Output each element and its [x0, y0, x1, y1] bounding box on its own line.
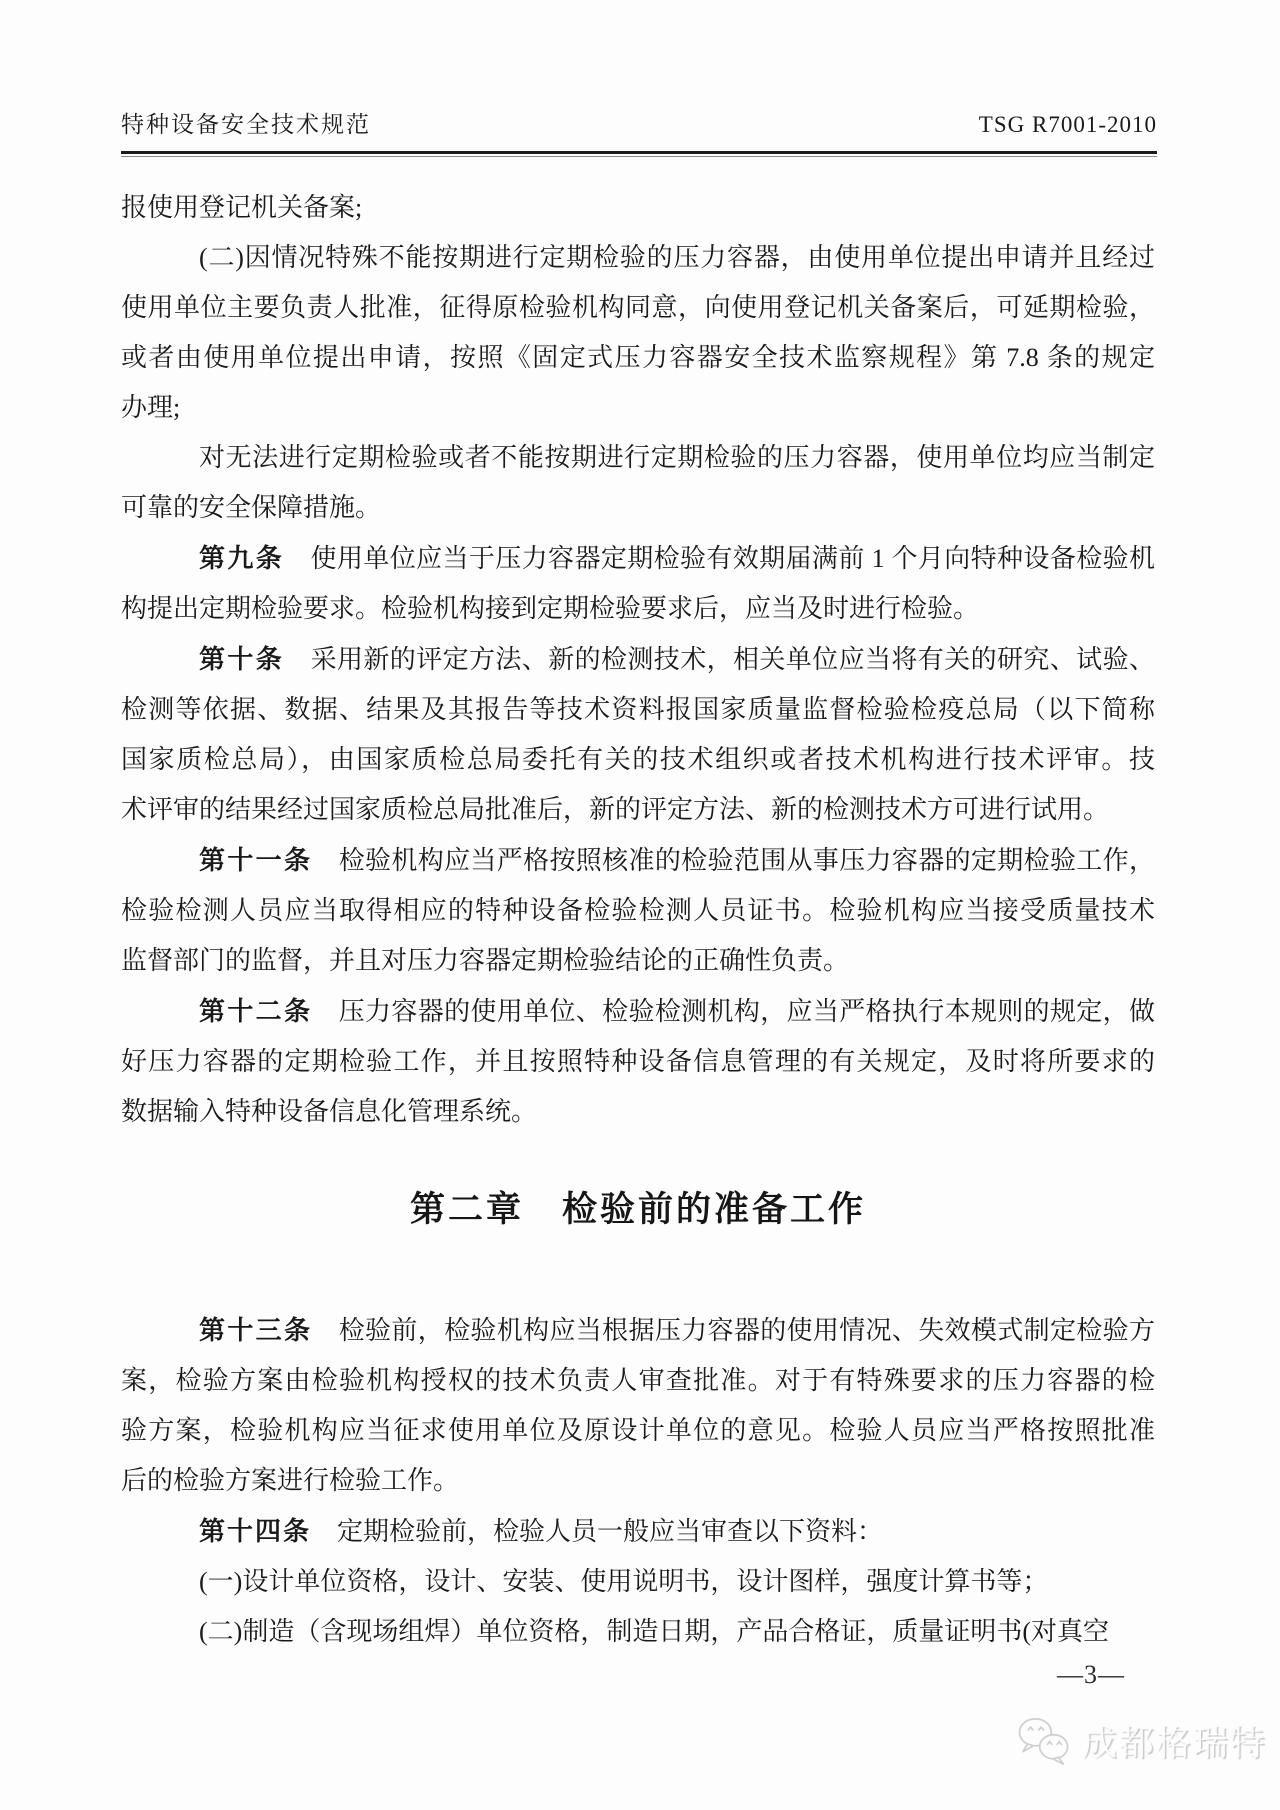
paragraph-line: 使用单位主要负责人批准，征得原检验机构同意，向使用登记机关备案后，可延期检验， [121, 283, 1155, 333]
watermark: 成都格瑞特 [1016, 1716, 1267, 1766]
page-header: 特种设备安全技术规范 TSG R7001-2010 [121, 106, 1157, 157]
document-page: 特种设备安全技术规范 TSG R7001-2010 报使用登记机关备案;(二)因… [0, 0, 1280, 1810]
paragraph-line: 监督部门的监督，并且对压力容器定期检验结论的正确性负责。 [121, 936, 1155, 986]
paragraph-line: 国家质检总局），由国家质检总局委托有关的技术组织或者技术机构进行技术评审。技 [121, 735, 1155, 785]
paragraph: 报使用登记机关备案; [121, 183, 1155, 233]
article-number: 第十条 [199, 644, 284, 674]
paragraph: 第十四条 定期检验前，检验人员一般应当审查以下资料： [121, 1506, 1155, 1557]
paragraph-line: 或者由使用单位提出申请，按照《固定式压力容器安全技术监察规程》第 7.8 条的规… [121, 333, 1155, 383]
chapter-heading: 第二章 检验前的准备工作 [121, 1185, 1155, 1235]
wechat-icon [1016, 1716, 1074, 1766]
paragraph-line: 后的检验方案进行检验工作。 [121, 1456, 1155, 1506]
header-rule [121, 151, 1157, 154]
paragraph-line: 第九条 使用单位应当于压力容器定期检验有效期届满前 1 个月向特种设备检验机 [121, 533, 1155, 584]
article-number: 第十四条 [199, 1516, 311, 1546]
paragraph-line: (二)制造（含现场组焊）单位资格，制造日期，产品合格证，质量证明书(对真空 [121, 1607, 1155, 1657]
paragraph-line: 检测等依据、数据、结果及其报告等技术资料报国家质量监督检验检疫总局（以下简称 [121, 685, 1155, 735]
article-number: 第十二条 [199, 996, 312, 1026]
paragraph-line: 检验检测人员应当取得相应的特种设备检验检测人员证书。检验机构应当接受质量技术 [121, 886, 1155, 936]
paragraph: (二)制造（含现场组焊）单位资格，制造日期，产品合格证，质量证明书(对真空 [121, 1607, 1155, 1657]
paragraph-line: 办理; [121, 383, 1155, 433]
paragraph: 第十二条 压力容器的使用单位、检验检测机构，应当严格执行本规则的规定，做好压力容… [121, 986, 1155, 1137]
paragraph-line: 对无法进行定期检验或者不能按期进行定期检验的压力容器，使用单位均应当制定 [121, 433, 1155, 483]
paragraph: 第十一条 检验机构应当严格按照核准的检验范围从事压力容器的定期检验工作，检验检测… [121, 835, 1155, 986]
header-rule-shadow [121, 156, 1157, 157]
paragraph-line: 好压力容器的定期检验工作，并且按照特种设备信息管理的有关规定，及时将所要求的 [121, 1037, 1155, 1087]
paragraph-line: 第十条 采用新的评定方法、新的检测技术，相关单位应当将有关的研究、试验、 [121, 634, 1155, 685]
article-number: 第十三条 [199, 1315, 312, 1345]
paragraph: (二)因情况特殊不能按期进行定期检验的压力容器，由使用单位提出申请并且经过使用单… [121, 233, 1155, 433]
watermark-label: 成都格瑞特 [1082, 1716, 1267, 1766]
paragraph: (一)设计单位资格，设计、安装、使用说明书，设计图样，强度计算书等； [121, 1557, 1155, 1607]
paragraph-line: 第十一条 检验机构应当严格按照核准的检验范围从事压力容器的定期检验工作， [121, 835, 1155, 886]
paragraph-line: 案，检验方案由检验机构授权的技术负责人审查批准。对于有特殊要求的压力容器的检 [121, 1356, 1155, 1406]
header-document-code: TSG R7001-2010 [979, 112, 1157, 138]
paragraph-line: 构提出定期检验要求。检验机构接到定期检验要求后，应当及时进行检验。 [121, 584, 1155, 634]
document-body: 报使用登记机关备案;(二)因情况特殊不能按期进行定期检验的压力容器，由使用单位提… [121, 183, 1155, 1657]
paragraph-line: 第十三条 检验前，检验机构应当根据压力容器的使用情况、失效模式制定检验方 [121, 1305, 1155, 1356]
article-number: 第九条 [199, 543, 284, 573]
paragraph-line: 术评审的结果经过国家质检总局批准后，新的评定方法、新的检测技术方可进行试用。 [121, 785, 1155, 835]
page-number: —3— [1057, 1660, 1125, 1690]
paragraph: 第九条 使用单位应当于压力容器定期检验有效期届满前 1 个月向特种设备检验机构提… [121, 533, 1155, 634]
header-title: 特种设备安全技术规范 [121, 106, 371, 139]
paragraph-line: 数据输入特种设备信息化管理系统。 [121, 1087, 1155, 1137]
paragraph: 第十条 采用新的评定方法、新的检测技术，相关单位应当将有关的研究、试验、检测等依… [121, 634, 1155, 835]
paragraph-line: (二)因情况特殊不能按期进行定期检验的压力容器，由使用单位提出申请并且经过 [121, 233, 1155, 283]
paragraph-line: 验方案，检验机构应当征求使用单位及原设计单位的意见。检验人员应当严格按照批准 [121, 1406, 1155, 1456]
paragraph-line: 第十二条 压力容器的使用单位、检验检测机构，应当严格执行本规则的规定，做 [121, 986, 1155, 1037]
paragraph: 对无法进行定期检验或者不能按期进行定期检验的压力容器，使用单位均应当制定可靠的安… [121, 433, 1155, 533]
paragraph-line: 报使用登记机关备案; [121, 183, 1155, 233]
paragraph-line: 可靠的安全保障措施。 [121, 483, 1155, 533]
article-number: 第十一条 [199, 845, 312, 875]
paragraph-line: 第十四条 定期检验前，检验人员一般应当审查以下资料： [121, 1506, 1155, 1557]
paragraph: 第十三条 检验前，检验机构应当根据压力容器的使用情况、失效模式制定检验方案，检验… [121, 1305, 1155, 1506]
paragraph-line: (一)设计单位资格，设计、安装、使用说明书，设计图样，强度计算书等； [121, 1557, 1155, 1607]
